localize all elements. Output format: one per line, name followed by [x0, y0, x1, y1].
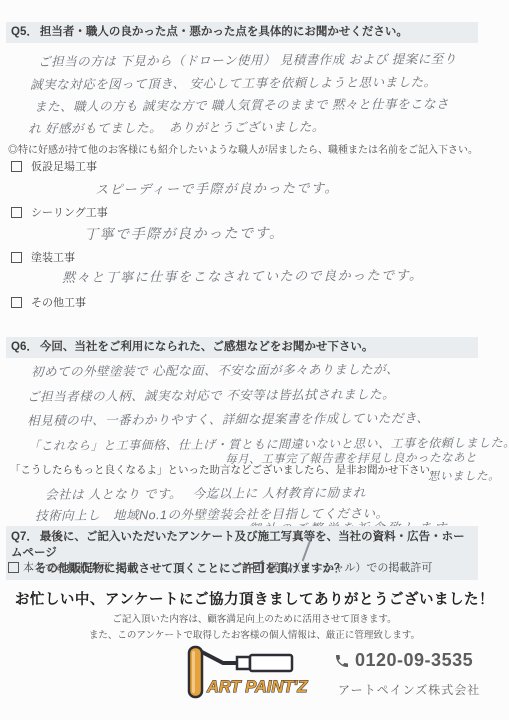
phone-number: 0120-09-3535 [355, 650, 473, 671]
q5-answer-line: れ 好感がもてました。 ありがとうございました。 [28, 117, 325, 137]
checkbox-realname[interactable] [8, 562, 19, 573]
checkbox-label: シーリング工事 [31, 204, 108, 220]
q5-answer-line: また、職人の方も 誠実な方で 職人気質そのままで 黙々と仕事をこなさ [34, 94, 449, 115]
q6-overlay-line: 思いました。 [428, 467, 500, 484]
checkbox-row-sealing[interactable]: シーリング工事 [11, 204, 108, 220]
footer-thanks: お忙しい中、アンケートにご協力頂きましてありがとうございました！ [0, 588, 509, 609]
q7-title-line1: 最後に、ご記入いただいたアンケート及び施工写真等を、当社の資料・広告・ホームペー… [11, 531, 465, 559]
q6-answer-line: 相見積の中、一番わかりやすく、詳細な提案書を作成していただき、 [27, 408, 429, 429]
footer-note2: また、このアンケートで取得したお客様の個人情報は、厳正に管理致します。 [0, 627, 509, 641]
q6-closing-line: 会社は 人となり です。 今迄以上に 人材教育に励まれ [45, 483, 366, 503]
checkbox-label: 仮設足場工事 [31, 158, 97, 174]
checkbox-mark: ✓ [251, 556, 264, 574]
q5-title: 担当者・職人の良かった点・悪かった点を具体的にお聞かせください。 [40, 26, 408, 38]
q7-option-anonymous[interactable]: ✓ 匿名（イニシャル）での掲載許可 [253, 559, 432, 575]
company-name: アートペインズ株式会社 [338, 681, 480, 698]
logo-wordmark: ART PAINT'Z [206, 678, 308, 696]
q6-overlay-line: 毎月、工事完了報告書を拝見し良かったなあと [225, 449, 477, 467]
q6-label: Q6． [11, 341, 38, 353]
q6-title: 今回、当社をご利用になられた、ご感想などをお聞かせ下さい。 [40, 341, 374, 353]
checkbox-row-scaffolding[interactable]: 仮設足場工事 [11, 158, 97, 174]
q6-answer-line: 初めての外壁塗装で 心配な面、不安な面が多々ありましたが、 [31, 359, 399, 380]
checkbox-sealing[interactable] [11, 207, 22, 218]
scaffolding-answer: スピーディーで手際が良かったです。 [95, 177, 339, 198]
phone-icon [334, 653, 350, 669]
checkbox-other[interactable] [11, 297, 22, 308]
checkbox-painting[interactable] [11, 252, 22, 263]
checkbox-anonymous[interactable]: ✓ [253, 562, 264, 573]
checkbox-row-painting[interactable]: 塗装工事 [11, 249, 75, 265]
q7-option-realname[interactable]: 本名での掲載許可 [8, 559, 111, 575]
q5-label: Q5． [11, 26, 38, 38]
company-logo: ART PAINT'Z [183, 642, 311, 706]
q7-option-label: 本名での掲載許可 [23, 559, 111, 575]
q5-header: Q5．担当者・職人の良かった点・悪かった点を具体的にお聞かせください。 [6, 22, 478, 43]
paint-roller-icon: ART PAINT'Z [183, 642, 311, 706]
footer-note1: ご記入頂いた内容は、顧客満足向上のために活用させて頂きます。 [0, 611, 509, 625]
checkbox-label: その他工事 [31, 294, 86, 310]
q6-answer-line: ご担当者様の人柄、誠実な対応で 不安等は皆払拭されました。 [27, 384, 395, 405]
checkbox-scaffolding[interactable] [11, 161, 22, 172]
survey-page: Q5．担当者・職人の良かった点・悪かった点を具体的にお聞かせください。 ご担当の… [0, 0, 509, 720]
q5-answer-line: 誠実な対応を図って頂き、 安心して工事を依頼しようと思いました。 [30, 72, 437, 93]
checkbox-label: 塗装工事 [31, 249, 75, 265]
q6-header: Q6．今回、当社をご利用になられた、ご感想などをお聞かせ下さい。 [6, 337, 478, 358]
q5-answer-line: ご担当の方は 下見から（ドローン使用） 見積書作成 および 提案に至り [38, 49, 457, 70]
referral-note: ◎特に好感が持て他のお客様にも紹介したいような職人が居ましたら、職種または名前を… [8, 141, 478, 156]
q7-label: Q7． [11, 531, 38, 543]
painting-answer: 黙々と丁寧に仕事をこなされていたので良かったです。 [62, 264, 424, 286]
sealing-answer: 丁寧で手際が良かったです。 [84, 223, 285, 244]
q7-option-label: 匿名（イニシャル）での掲載許可 [268, 559, 432, 575]
checkbox-row-other[interactable]: その他工事 [11, 294, 86, 310]
phone-row: 0120-09-3535 [334, 650, 473, 671]
